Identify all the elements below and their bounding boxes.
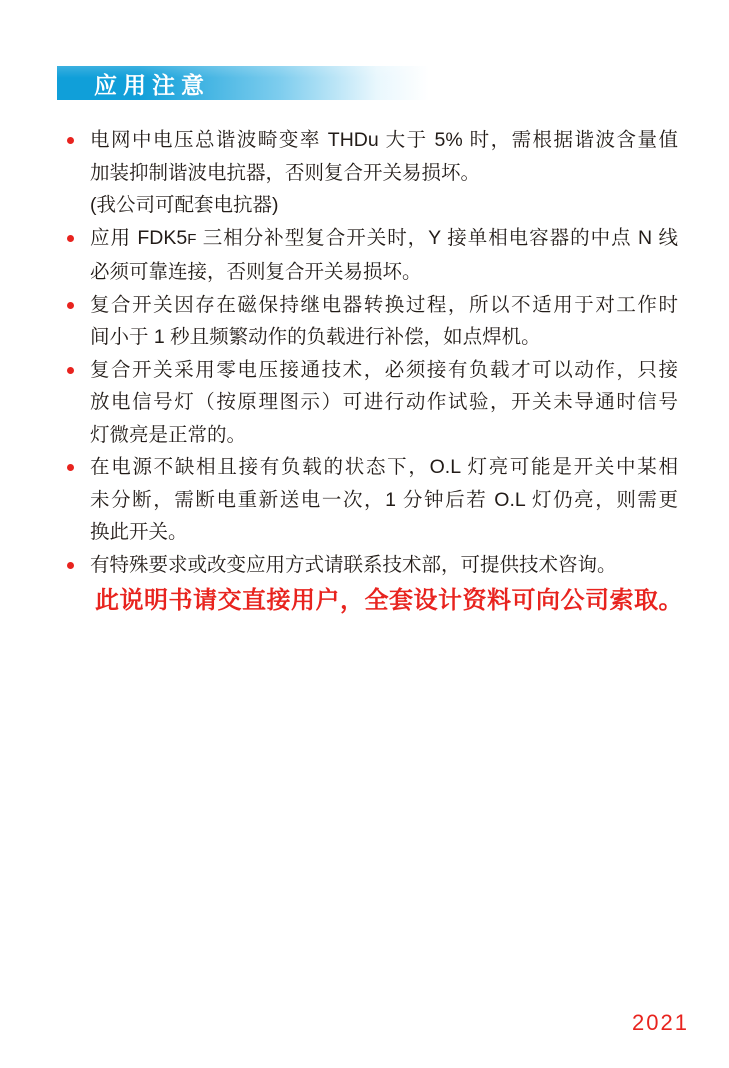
section-header-bar: 应用注意 [57, 66, 429, 100]
note-text-segment: 应用 FDK5 [90, 227, 187, 249]
note-line: 加装抑制谐波电抗器，否则复合开关易损坏。 [90, 157, 678, 190]
note-item-4: 复合开关采用零电压接通技术，必须接有负载才可以动作，只接 放电信号灯（按原理图示… [57, 354, 682, 452]
note-line: 间小于 1 秒且频繁动作的负载进行补偿，如点焊机。 [90, 321, 678, 354]
note-item-6: 有特殊要求或改变应用方式请联系技术部，可提供技术咨询。 [57, 549, 682, 582]
note-item-3: 复合开关因存在磁保持继电器转换过程，所以不适用于对工作时 间小于 1 秒且频繁动… [57, 289, 682, 354]
note-line: 复合开关因存在磁保持继电器转换过程，所以不适用于对工作时 [90, 289, 678, 322]
important-notice: 此说明书请交直接用户，全套设计资料可向公司索取。 [95, 585, 715, 617]
note-line: 灯微亮是正常的。 [90, 419, 678, 452]
bullet-dot [67, 464, 74, 471]
note-text-segment: 三相分补型复合开关时，Y 接单相电容器的中点 N 线 [196, 227, 678, 249]
note-line: 有特殊要求或改变应用方式请联系技术部，可提供技术咨询。 [90, 549, 678, 582]
note-subline: (我公司可配套电抗器) [90, 189, 678, 222]
note-line: 电网中电压总谐波畸变率 THDu 大于 5% 时，需根据谐波含量值 [90, 124, 678, 157]
note-item-1: 电网中电压总谐波畸变率 THDu 大于 5% 时，需根据谐波含量值 加装抑制谐波… [57, 124, 682, 222]
section-title: 应用注意 [57, 67, 210, 100]
note-line: 应用 FDK5F 三相分补型复合开关时，Y 接单相电容器的中点 N 线 [90, 222, 678, 257]
document-page: 应用注意 电网中电压总谐波畸变率 THDu 大于 5% 时，需根据谐波含量值 加… [0, 0, 729, 1068]
note-item-5: 在电源不缺相且接有负载的状态下，O.L 灯亮可能是开关中某相 未分断，需断电重新… [57, 451, 682, 549]
bullet-dot [67, 137, 74, 144]
note-line: 必须可靠连接，否则复合开关易损坏。 [90, 256, 678, 289]
notes-list: 电网中电压总谐波畸变率 THDu 大于 5% 时，需根据谐波含量值 加装抑制谐波… [57, 124, 682, 581]
page-number: 2021 [632, 1010, 689, 1036]
note-line: 放电信号灯（按原理图示）可进行动作试验，开关未导通时信号 [90, 386, 678, 419]
note-line: 在电源不缺相且接有负载的状态下，O.L 灯亮可能是开关中某相 [90, 451, 678, 484]
bullet-dot [67, 562, 74, 569]
bullet-dot [67, 302, 74, 309]
bullet-dot [67, 367, 74, 374]
note-line: 换此开关。 [90, 516, 678, 549]
note-line: 复合开关采用零电压接通技术，必须接有负载才可以动作，只接 [90, 354, 678, 387]
note-item-2: 应用 FDK5F 三相分补型复合开关时，Y 接单相电容器的中点 N 线 必须可靠… [57, 222, 682, 289]
bullet-dot [67, 235, 74, 242]
note-line: 未分断，需断电重新送电一次，1 分钟后若 O.L 灯仍亮，则需更 [90, 484, 678, 517]
